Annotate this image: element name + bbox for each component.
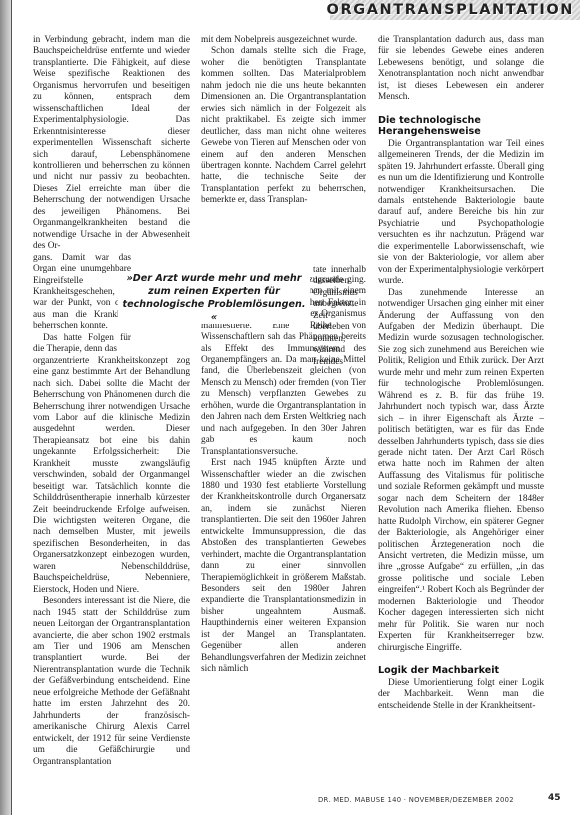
col3-paragraph-1: die Transplantation dadurch aus, dass ma… xyxy=(378,35,544,104)
page-number: 45 xyxy=(548,793,561,803)
col1-narrow-block: gans. Damit war das Organ eine unumgehba… xyxy=(33,253,131,356)
col2-paragraph-3: Erst nach 1945 knüpften Ärzte und Wissen… xyxy=(201,458,366,676)
subheading-technologische-herangehensweise: Die technologische Herangehensweise xyxy=(378,115,544,138)
col3-paragraph-4: Diese Umorientierung folgt einer Logik d… xyxy=(378,678,544,712)
col2-wrapped-text: tate innerhalb desselben Organismus unbe… xyxy=(313,265,366,368)
column-1: in Verbindung gebracht, indem man die Ba… xyxy=(33,35,190,768)
col1-paragraph-2: organzentrierte Krankheitskonzept zog ei… xyxy=(33,356,190,597)
col3-paragraph-2: Die Organtransplantation war Teil eines … xyxy=(378,139,544,288)
col2-paragraph-2: Schon damals stellte sich die Frage, woh… xyxy=(201,46,366,206)
section-title: ORGANTRANSPLANTATION xyxy=(327,2,574,18)
col1-paragraph-1-continued: gans. Damit war das Organ eine unumgehba… xyxy=(33,253,131,333)
col1-paragraph-2-start: Das hatte Folgen für die Therapie, denn … xyxy=(33,333,131,356)
pull-quote: »Der Arzt wurde mehr und mehr zum reinen… xyxy=(118,272,310,324)
page-edge-line xyxy=(11,0,12,815)
column-3: die Transplantation dadurch aus, dass ma… xyxy=(378,35,544,712)
journal-footer: DR. MED. MABUSE 140 · NOVEMBER/DEZEMBER … xyxy=(318,796,514,804)
pull-quote-text: Der Arzt wurde mehr und mehr zum reinen … xyxy=(123,273,306,310)
subheading-logik-der-machbarkeit: Logik der Machbarkeit xyxy=(378,665,544,677)
page-gutter-shadow xyxy=(0,0,11,815)
col1-paragraph-1: in Verbindung gebracht, indem man die Ba… xyxy=(33,35,190,253)
col1-paragraph-3: Besonders interessant ist die Niere, die… xyxy=(33,596,190,768)
col2-paragraph-1: mit dem Nobelpreis ausgezeichnet wurde. xyxy=(201,35,366,46)
col3-paragraph-3: Das zunehmende Interesse an notwendiger … xyxy=(378,288,544,655)
quote-close-mark: « xyxy=(211,312,217,323)
